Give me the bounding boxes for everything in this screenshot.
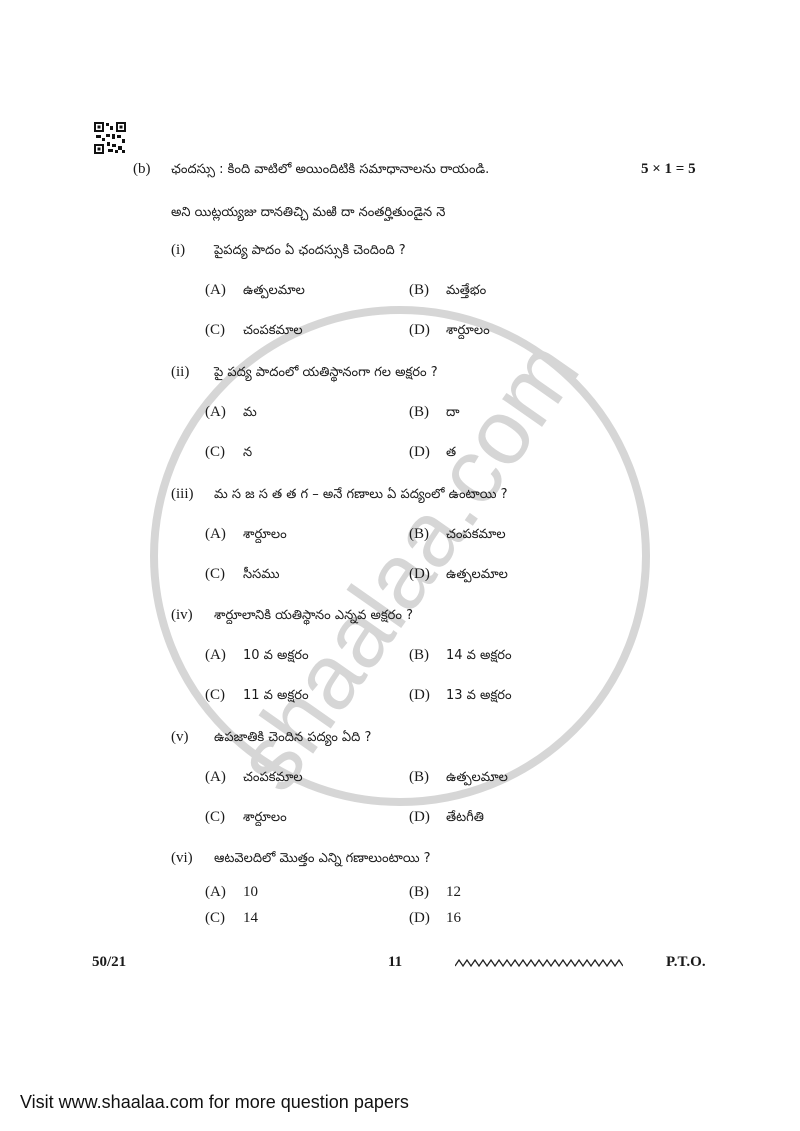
question-number: (v) [171,729,189,746]
question-number: (ii) [171,364,189,381]
pto-label: P.T.O. [666,954,706,971]
option-key: (A) [205,282,226,299]
option-value: 11 వ అక్షరం [243,688,309,706]
question-number: (iv) [171,607,193,624]
option-value: 12 [446,884,461,901]
option-key: (C) [205,687,225,704]
option-value: శార్దూలం [243,810,287,828]
option-key: (C) [205,322,225,339]
option-key: (A) [205,647,226,664]
option-value: 14 వ అక్షరం [446,648,512,666]
option-key: (D) [409,809,430,826]
question-text: మ స జ స త త గ – అనే గణాలు ఏ పద్యంలో ఉంటా… [214,487,508,505]
option-value: ఉత్పలమాల [446,770,508,788]
option-value: చంపకమాల [243,323,303,341]
question-text: శార్దూలానికి యతిస్థానం ఎన్నవ అక్షరం ? [214,608,413,626]
option-key: (B) [409,647,429,664]
option-key: (D) [409,910,430,927]
option-key: (D) [409,566,430,583]
option-key: (B) [409,526,429,543]
wavy-line-divider [455,958,623,968]
option-key: (C) [205,444,225,461]
option-value: త [446,445,456,463]
option-key: (A) [205,526,226,543]
option-value: శార్దూలం [243,527,287,545]
visit-shaalaa-link[interactable]: Visit www.shaalaa.com for more question … [20,1092,409,1113]
option-value: 13 వ అక్షరం [446,688,512,706]
option-key: (B) [409,282,429,299]
option-value: 16 [446,910,461,927]
qr-code-icon [94,122,126,154]
option-value: ఉత్పలమాల [446,567,508,585]
question-text: ఉపజాతికి చెందిన పద్యం ఏది ? [214,730,371,748]
section-label: (b) [133,161,151,178]
verse-line: అని యిట్లయ్యజు దానతిచ్చి మఱి దా నంతర్హిత… [171,205,445,223]
option-key: (A) [205,769,226,786]
option-key: (D) [409,322,430,339]
option-value: 10 [243,884,258,901]
option-key: (B) [409,884,429,901]
option-value: చంపకమాల [446,527,506,545]
question-number: (vi) [171,850,193,867]
question-text: పై పద్య పాదంలో యతిస్థానంగా గల అక్షరం ? [214,365,438,383]
option-value: చంపకమాల [243,770,303,788]
option-value: మత్తేభం [446,283,486,301]
option-value: ఉత్పలమాల [243,283,305,301]
section-instruction: ఛందస్సు : కింది వాటిలో అయిందిటికి సమాధాన… [171,162,489,180]
option-value: 14 [243,910,258,927]
option-key: (C) [205,566,225,583]
option-key: (C) [205,910,225,927]
option-key: (C) [205,809,225,826]
option-value: న [243,445,252,463]
option-key: (D) [409,687,430,704]
option-key: (A) [205,884,226,901]
option-value: సీసము [243,567,280,585]
option-value: తేటగీతి [446,810,484,828]
option-key: (B) [409,769,429,786]
option-value: దా [446,405,460,423]
option-key: (A) [205,404,226,421]
question-text: ఆటవెలదిలో మొత్తం ఎన్ని గణాలుంటాయి ? [214,851,431,869]
option-key: (B) [409,404,429,421]
page-number: 11 [388,954,402,971]
option-key: (D) [409,444,430,461]
option-value: 10 వ అక్షరం [243,648,309,666]
question-number: (iii) [171,486,194,503]
question-text: పైపద్య పాదం ఏ ఛందస్సుకి చెందింది ? [214,243,406,261]
question-number: (i) [171,242,185,259]
option-value: మ [243,405,257,423]
option-value: శార్దూలం [446,323,490,341]
section-marks: 5 × 1 = 5 [641,161,696,178]
paper-code: 50/21 [92,954,126,971]
